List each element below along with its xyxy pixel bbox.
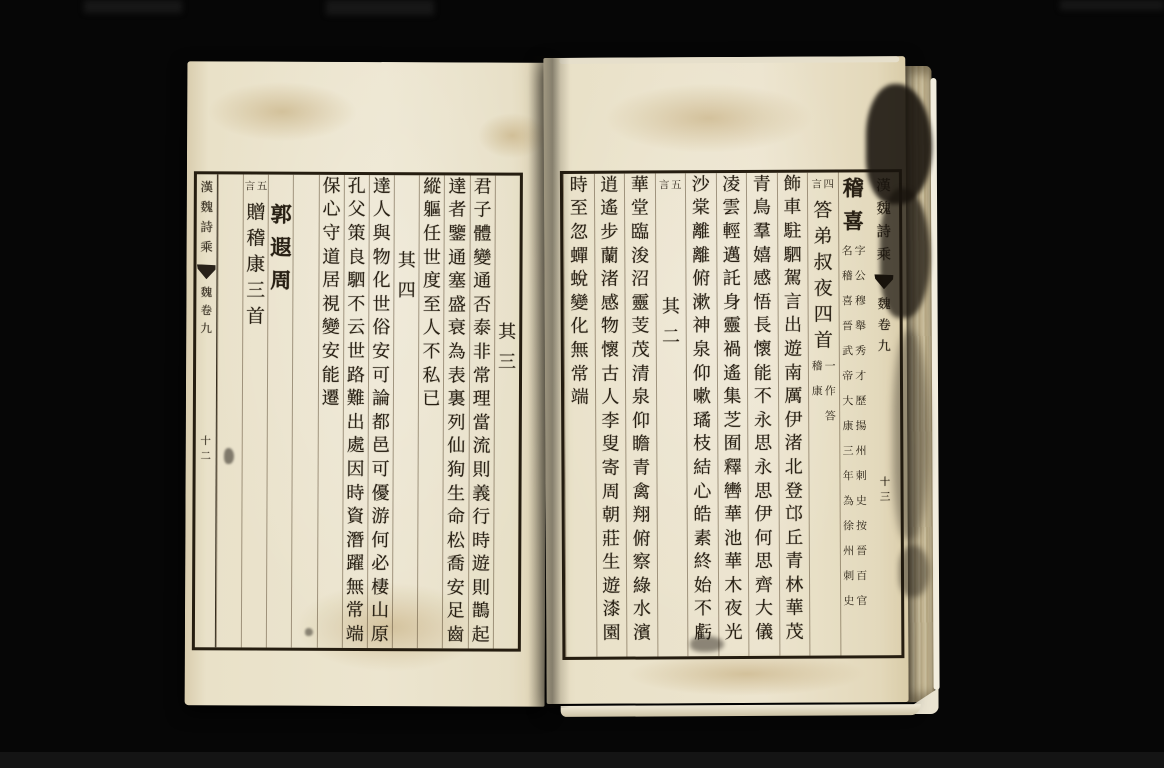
annotation-note: 一作答稽康 — [811, 354, 837, 429]
glyph: 其 — [398, 246, 416, 276]
glyph: 駟 — [347, 269, 365, 293]
glyph: 李 — [601, 410, 619, 434]
glyph: 與 — [373, 222, 391, 246]
glyph: 首 — [814, 328, 833, 354]
glyph: 叔 — [814, 250, 833, 276]
glyph: 俯 — [692, 268, 710, 292]
glyph: 出 — [347, 411, 365, 435]
annotation-note: 字公穆舉秀才歷揚州刺史按晉百官名稽喜晉武帝大康三年為徐州刺史 — [840, 238, 868, 613]
glyph: 至 — [423, 293, 441, 317]
glyph: 居 — [322, 269, 340, 293]
glyph: 度 — [423, 270, 441, 294]
glyph: 卷 — [878, 315, 891, 336]
glyph: 四 — [823, 174, 835, 196]
glyph: 喬 — [447, 553, 465, 577]
glyph: 時 — [472, 529, 490, 553]
glyph: 水 — [633, 598, 651, 622]
glyph: 軀 — [423, 199, 441, 223]
glyph: 衰 — [448, 317, 466, 341]
glyph: 沙 — [692, 173, 710, 197]
glyph: 璚 — [693, 409, 711, 433]
glyph: 離 — [692, 244, 710, 268]
glyph: 四 — [814, 302, 833, 328]
glyph: 稽 — [841, 263, 854, 288]
glyph: 渚 — [601, 268, 619, 292]
glyph: 喜 — [843, 205, 864, 238]
glyph: 言 — [811, 174, 823, 196]
glyph: 路 — [347, 364, 365, 388]
glyph: 何 — [371, 529, 389, 553]
fishtail-icon — [197, 264, 216, 279]
glyph: 答 — [813, 198, 832, 224]
glyph: 嗽 — [693, 386, 711, 410]
running-title: 漢魏詩乘 — [876, 175, 891, 267]
glyph: 刺 — [855, 463, 868, 488]
running-title: 漢魏詩乘 — [200, 177, 213, 257]
glyph: 駕 — [784, 267, 802, 291]
author-column: 稽喜字公穆舉秀才歷揚州刺史按晉百官名稽喜晉武帝大康三年為徐州刺史 — [837, 172, 870, 655]
glyph: 首 — [246, 303, 265, 329]
glyph: 晉 — [855, 538, 868, 563]
glyph: 康 — [246, 251, 265, 277]
glyph: 能 — [322, 364, 340, 388]
glyph: 常 — [473, 364, 491, 388]
glyph: 言 — [784, 291, 802, 315]
glyph: 刺 — [842, 563, 855, 588]
section-column: 其三 — [493, 176, 520, 649]
glyph: 凌 — [722, 173, 740, 197]
glyph: 穆 — [854, 288, 867, 313]
glyph: 百 — [855, 563, 868, 588]
glyph: 喜 — [841, 288, 854, 313]
glyph: 潛 — [346, 529, 364, 553]
glyph: 則 — [472, 577, 490, 601]
glyph: 生 — [602, 551, 620, 575]
glyph: 揚 — [854, 413, 867, 438]
glyph: 南 — [784, 361, 802, 385]
glyph: 雲 — [722, 197, 740, 221]
glyph: 起 — [472, 624, 490, 648]
glyph: 綠 — [633, 575, 651, 599]
glyph: 盛 — [448, 293, 466, 317]
glyph: 鳥 — [753, 196, 771, 220]
glyph: 茂 — [632, 339, 650, 363]
glyph: 必 — [371, 553, 389, 577]
photo-of-open-woodblock-book: 漢魏詩乘 魏卷九 十二 其三君子體變通否泰非常理當流則義行時遊則鵲起達者鑒通塞盛… — [0, 0, 1164, 768]
glyph: 乘 — [200, 237, 213, 257]
glyph: 人 — [423, 317, 441, 341]
glyph: 園 — [602, 622, 620, 646]
glyph: 遙 — [723, 362, 741, 386]
glyph: 時 — [570, 174, 588, 198]
spacer-column — [216, 174, 243, 647]
glyph: 能 — [754, 362, 772, 386]
glyph: 華 — [785, 597, 803, 621]
glyph: 端 — [571, 386, 589, 410]
glyph: 道 — [322, 246, 340, 270]
glyph: 安 — [322, 340, 340, 364]
glyph: 義 — [472, 482, 490, 506]
glyph: 茂 — [785, 621, 803, 645]
glyph: 感 — [753, 267, 771, 291]
glyph: 始 — [694, 574, 712, 598]
glyph: 物 — [601, 315, 619, 339]
glyph: 體 — [473, 223, 491, 247]
glyph: 史 — [842, 588, 855, 613]
glyph: 州 — [842, 538, 855, 563]
glyph: 感 — [601, 292, 619, 316]
glyph: 理 — [473, 388, 491, 412]
glyph: 大 — [841, 388, 854, 413]
glyph: 永 — [754, 409, 772, 433]
glyph: 才 — [854, 363, 867, 388]
glyph: 處 — [347, 434, 365, 458]
glyph: 叟 — [602, 433, 620, 457]
glyph: 結 — [693, 456, 711, 480]
glyph: 華 — [631, 173, 649, 197]
glyph: 不 — [754, 385, 772, 409]
glyph: 永 — [754, 456, 772, 480]
glyph: 鑒 — [448, 223, 466, 247]
page-edge-highlight — [559, 56, 899, 64]
glyph: 儀 — [755, 621, 773, 645]
glyph: 躍 — [346, 552, 364, 576]
glyph: 作 — [824, 379, 837, 404]
verse-column: 逍遙步蘭渚感物懷古人李叟寄周朝莊生遊漆園 — [593, 174, 626, 657]
glyph: 芰 — [631, 315, 649, 339]
glyph: 大 — [755, 598, 773, 622]
glyph: 當 — [473, 411, 491, 435]
glyph: 長 — [753, 314, 771, 338]
glyph: 魏 — [200, 197, 213, 217]
glyph: 夜 — [814, 276, 833, 302]
glyph: 世 — [347, 340, 365, 364]
glyph: 策 — [347, 222, 365, 246]
glyph: 通 — [473, 270, 491, 294]
verse-column: 達者鑒通塞盛衰為表裏列仙狥生命松喬安足齒 — [442, 175, 469, 648]
glyph: 登 — [785, 479, 803, 503]
glyph: 孔 — [348, 175, 366, 199]
glyph: 字 — [853, 238, 866, 263]
glyph: 瞻 — [632, 433, 650, 457]
glyph: 原 — [371, 623, 389, 647]
glyph: 浚 — [631, 244, 649, 268]
glyph: 端 — [346, 623, 364, 647]
glyph: 思 — [754, 480, 772, 504]
glyph: 無 — [571, 339, 589, 363]
folio-column: 漢魏詩乘 魏卷九 十二 — [195, 174, 218, 647]
glyph: 其 — [498, 317, 516, 347]
glyph: 沼 — [631, 268, 649, 292]
glyph: 武 — [841, 338, 854, 363]
verse-column: 沙棠離離俯漱神泉仰嗽璚枝結心皓素終始不虧 — [685, 173, 718, 656]
glyph: 齊 — [755, 574, 773, 598]
glyph: 漢 — [876, 175, 891, 198]
chapter-label: 魏卷九 — [200, 284, 212, 338]
glyph: 悟 — [753, 291, 771, 315]
glyph: 行 — [472, 506, 490, 530]
left-page: 漢魏詩乘 魏卷九 十二 其三君子體變通否泰非常理當流則義行時遊則鵲起達者鑒通塞盛… — [185, 61, 548, 707]
glyph: 至 — [570, 197, 588, 221]
glyph: 名 — [840, 238, 853, 263]
glyph: 三 — [842, 438, 855, 463]
backdrop-edge — [1060, 0, 1164, 10]
section-column: 五言其二 — [654, 173, 687, 656]
glyph: 魏 — [876, 198, 891, 221]
glyph: 四 — [398, 276, 416, 306]
glyph: 周 — [602, 480, 620, 504]
glyph: 思 — [755, 550, 773, 574]
glyph: 何 — [754, 527, 772, 551]
glyph: 秀 — [854, 338, 867, 363]
glyph: 泉 — [693, 338, 711, 362]
glyph: 乘 — [877, 244, 892, 267]
glyph: 離 — [692, 220, 710, 244]
glyph: 弟 — [813, 224, 832, 250]
glyph: 囿 — [724, 433, 742, 457]
glyph: 察 — [633, 551, 651, 575]
glyph: 光 — [724, 621, 742, 645]
glyph: 池 — [724, 527, 742, 551]
glyph: 飾 — [783, 173, 801, 197]
glyph: 時 — [346, 482, 364, 506]
glyph: 華 — [724, 503, 742, 527]
glyph: 步 — [600, 221, 618, 245]
glyph: 年 — [842, 463, 855, 488]
glyph: 渚 — [785, 432, 803, 456]
glyph: 都 — [372, 411, 390, 435]
author-column: 郭遐周 — [266, 175, 293, 648]
glyph: 安 — [372, 340, 390, 364]
glyph: 游 — [371, 505, 389, 529]
glyph: 禍 — [723, 338, 741, 362]
glyph: 遷 — [322, 387, 340, 411]
glyph: 徐 — [842, 513, 855, 538]
glyph: 禽 — [632, 480, 650, 504]
glyph: 晉 — [841, 313, 854, 338]
folio-column: 漢魏詩乘 魏卷九 十三 — [868, 172, 902, 655]
glyph: 託 — [723, 267, 741, 291]
glyph: 仙 — [447, 435, 465, 459]
glyph: 五 — [670, 175, 682, 197]
glyph: 魏 — [201, 284, 213, 302]
glyph: 史 — [855, 488, 868, 513]
glyph: 清 — [632, 362, 650, 386]
glyph: 人 — [373, 199, 391, 223]
page-edge-highlight — [561, 704, 921, 717]
meter-label: 五言 — [658, 173, 682, 198]
glyph: 否 — [473, 293, 491, 317]
glyph: 懷 — [754, 338, 772, 362]
glyph: 物 — [373, 246, 391, 270]
glyph: 郭 — [271, 198, 292, 231]
glyph: 縱 — [423, 175, 441, 199]
glyph: 詩 — [876, 221, 891, 244]
glyph: 化 — [570, 315, 588, 339]
glyph: 思 — [754, 432, 772, 456]
glyph: 一 — [824, 354, 837, 379]
glyph: 列 — [447, 411, 465, 435]
glyph: 帝 — [841, 363, 854, 388]
glyph: 三 — [498, 347, 516, 377]
glyph: 泰 — [473, 317, 491, 341]
glyph: 皓 — [693, 503, 711, 527]
glyph: 達 — [448, 175, 466, 199]
glyph: 仰 — [632, 409, 650, 433]
glyph: 松 — [447, 529, 465, 553]
glyph: 心 — [322, 198, 340, 222]
glyph: 私 — [422, 364, 440, 388]
glyph: 論 — [372, 387, 390, 411]
glyph: 常 — [571, 363, 589, 387]
glyph: 莊 — [602, 528, 620, 552]
glyph: 青 — [632, 457, 650, 481]
glyph: 其 — [662, 293, 680, 323]
glyph: 視 — [322, 293, 340, 317]
glyph: 變 — [570, 292, 588, 316]
glyph: 靈 — [723, 315, 741, 339]
glyph: 人 — [601, 386, 619, 410]
glyph: 魏 — [878, 294, 891, 315]
glyph: 神 — [692, 315, 710, 339]
spacer-column — [291, 175, 318, 648]
glyph: 五 — [256, 176, 268, 198]
glyph: 青 — [785, 550, 803, 574]
glyph: 官 — [855, 588, 868, 613]
glyph: 變 — [473, 246, 491, 270]
glyph: 漱 — [692, 291, 710, 315]
glyph: 十 — [200, 434, 211, 449]
glyph: 可 — [372, 458, 390, 482]
glyph: 靈 — [631, 291, 649, 315]
glyph: 優 — [372, 482, 390, 506]
glyph: 遊 — [602, 575, 620, 599]
glyph: 木 — [724, 574, 742, 598]
glyph: 伊 — [784, 409, 802, 433]
glyph: 康 — [811, 379, 824, 404]
glyph: 懷 — [601, 339, 619, 363]
glyph: 素 — [693, 527, 711, 551]
glyph: 嬉 — [753, 244, 771, 268]
glyph: 不 — [422, 340, 440, 364]
verse-column: 凌雲輕邁託身靈禍遙集芝囿釋轡華池華木夜光 — [715, 173, 748, 656]
verse-column: 縱軀任世度至人不私已 — [417, 175, 444, 648]
glyph: 流 — [472, 435, 490, 459]
glyph: 釋 — [724, 456, 742, 480]
glyph: 丘 — [785, 527, 803, 551]
glyph: 山 — [371, 600, 389, 624]
glyph: 九 — [878, 336, 891, 357]
glyph: 林 — [785, 574, 803, 598]
glyph: 朝 — [602, 504, 620, 528]
glyph: 歷 — [854, 388, 867, 413]
glyph: 保 — [323, 175, 341, 199]
glyph: 邁 — [723, 244, 741, 268]
glyph: 子 — [473, 199, 491, 223]
glyph: 齒 — [446, 624, 464, 648]
glyph: 漢 — [200, 177, 213, 197]
table-surface — [0, 752, 1164, 768]
glyph: 命 — [447, 506, 465, 530]
glyph: 枝 — [693, 433, 711, 457]
glyph: 伊 — [754, 503, 772, 527]
right-leaf: 漢魏詩乘 魏卷九 十三 稽喜字公穆舉秀才歷揚州刺史按晉百官名稽喜晉武帝大康三年為… — [543, 52, 941, 716]
glyph: 堂 — [631, 197, 649, 221]
verse-column: 保心守道居視變安能遷 — [316, 175, 343, 648]
glyph: 世 — [423, 246, 441, 270]
glyph: 羣 — [753, 220, 771, 244]
glyph: 寄 — [602, 457, 620, 481]
glyph: 遙 — [600, 197, 618, 221]
glyph: 難 — [347, 387, 365, 411]
section-column: 其四 — [392, 175, 419, 648]
glyph: 遊 — [472, 553, 490, 577]
glyph: 集 — [723, 385, 741, 409]
glyph: 三 — [246, 277, 265, 303]
verse-column: 孔父策良駟不云世路難出處因時資潛躍無常端 — [342, 175, 369, 648]
chapter-label: 魏卷九 — [878, 294, 891, 357]
glyph: 二 — [662, 323, 680, 353]
glyph: 言 — [244, 176, 256, 198]
glyph: 可 — [372, 364, 390, 388]
glyph: 古 — [601, 362, 619, 386]
glyph: 三 — [880, 490, 891, 505]
glyph: 非 — [473, 341, 491, 365]
glyph: 臨 — [631, 221, 649, 245]
glyph: 世 — [372, 293, 390, 317]
glyph: 翔 — [632, 504, 650, 528]
glyph: 答 — [824, 404, 837, 429]
glyph: 州 — [855, 438, 868, 463]
glyph: 逍 — [600, 174, 618, 198]
glyph: 稽 — [246, 225, 265, 251]
glyph: 蛻 — [570, 268, 588, 292]
glyph: 守 — [322, 222, 340, 246]
glyph: 蘭 — [601, 244, 619, 268]
glyph: 為 — [842, 488, 855, 513]
right-text-frame: 漢魏詩乘 魏卷九 十三 稽喜字公穆舉秀才歷揚州刺史按晉百官名稽喜晉武帝大康三年為… — [560, 169, 905, 660]
glyph: 轡 — [724, 480, 742, 504]
left-text-frame: 漢魏詩乘 魏卷九 十二 其三君子體變通否泰非常理當流則義行時遊則鵲起達者鑒通塞盛… — [192, 171, 523, 651]
glyph: 因 — [346, 458, 364, 482]
gutter-shadow — [528, 56, 570, 708]
glyph: 車 — [783, 196, 801, 220]
glyph: 通 — [448, 246, 466, 270]
glyph: 邙 — [785, 503, 803, 527]
glyph: 出 — [784, 314, 802, 338]
glyph: 狥 — [447, 458, 465, 482]
backdrop-edge — [84, 0, 182, 13]
glyph: 虧 — [694, 621, 712, 645]
glyph: 九 — [200, 320, 212, 338]
glyph: 仰 — [693, 362, 711, 386]
title-column: 四言答弟叔夜四首一作答稽康 — [807, 173, 840, 656]
glyph: 卷 — [200, 302, 212, 320]
glyph: 已 — [422, 388, 440, 412]
backdrop-edge — [326, 0, 434, 15]
glyph: 心 — [693, 480, 711, 504]
glyph: 終 — [694, 551, 712, 575]
glyph: 君 — [474, 175, 492, 199]
glyph: 生 — [447, 482, 465, 506]
glyph: 變 — [322, 316, 340, 340]
meter-label: 四言 — [811, 173, 835, 198]
glyph: 厲 — [784, 385, 802, 409]
glyph: 贈 — [246, 199, 265, 225]
glyph: 青 — [753, 173, 771, 197]
verse-column: 華堂臨浚沼靈芰茂清泉仰瞻青禽翔俯察綠水濱 — [624, 173, 657, 656]
glyph: 言 — [658, 175, 670, 197]
